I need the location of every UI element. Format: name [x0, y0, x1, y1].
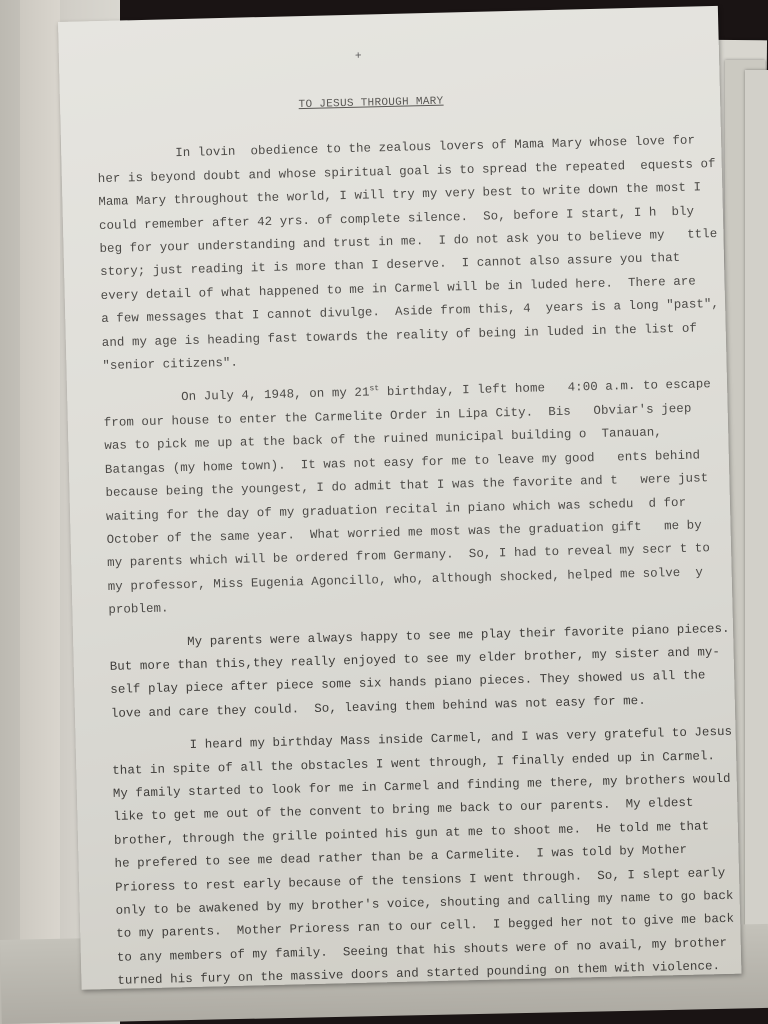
typewritten-page: + TO JESUS THROUGH MARY In lovin obedien… [58, 6, 741, 990]
underlying-sheet-left-edge [20, 0, 60, 1024]
paragraph-3: My parents were always happy to see me p… [109, 618, 721, 727]
text-segment: birthday, I left home 4:00 a.m. to escap… [379, 378, 711, 400]
paragraph-1: In lovin obedience to the zealous lovers… [97, 130, 713, 379]
document-body: TO JESUS THROUGH MARY In lovin obedience… [96, 84, 728, 1003]
paragraph-2: On July 4, 1948, on my 21st birthday, I … [103, 374, 719, 623]
page-mark: + [355, 51, 362, 63]
paper-stack-edge [745, 70, 768, 1000]
text-segment: On July 4, 1948, on my 21 [181, 386, 370, 405]
document-title: TO JESUS THROUGH MARY [96, 84, 706, 122]
ordinal-suffix: st [369, 385, 379, 394]
paragraph-4: I heard my birthday Mass inside Carmel, … [111, 721, 727, 993]
